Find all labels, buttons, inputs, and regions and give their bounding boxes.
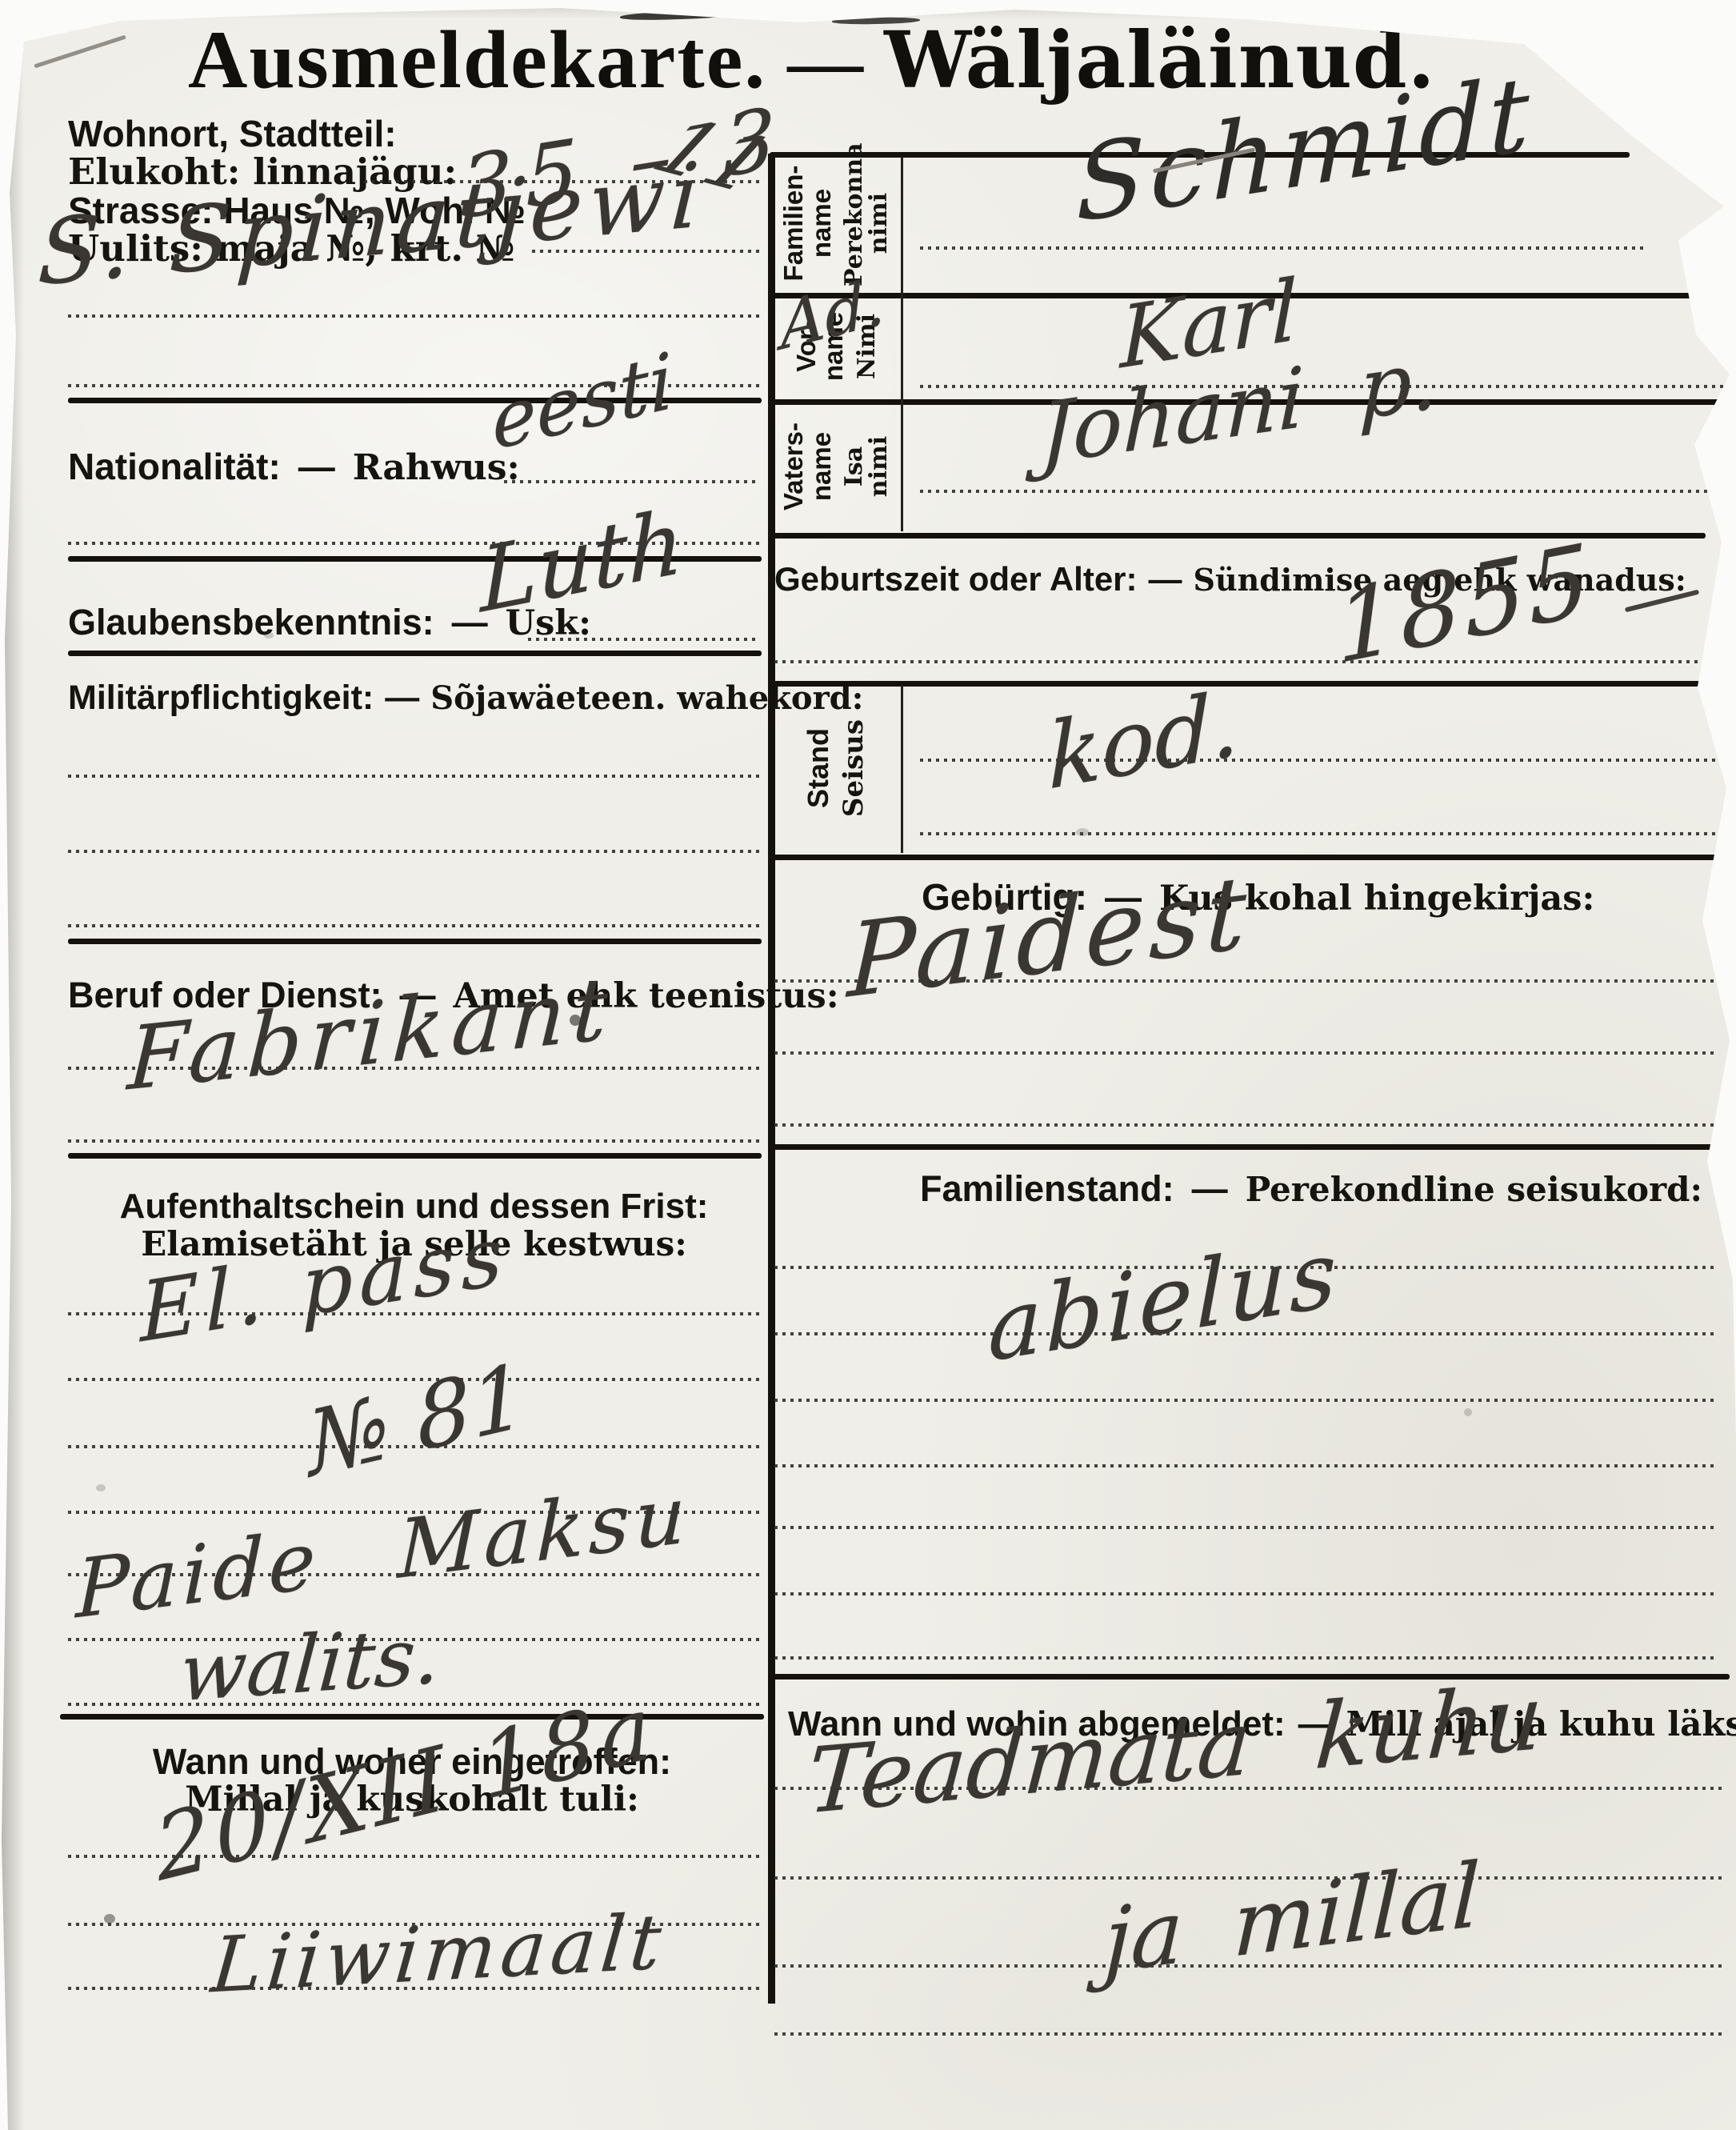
handwritten-permit-line2: № 81: [303, 1343, 530, 1497]
section-rule: [60, 1714, 764, 1720]
label-dash: —: [1192, 1168, 1228, 1209]
section-rule: [68, 1153, 762, 1159]
dotted-writing-line: [774, 660, 1718, 663]
paper-speck: [264, 632, 274, 639]
section-rule: [770, 1144, 1726, 1150]
handwritten-departure-line2: ja millal: [1102, 1844, 1482, 1993]
dotted-writing-line: [774, 1526, 1718, 1529]
label-status: Stand Seisus: [772, 683, 900, 853]
dotted-writing-line: [774, 1399, 1718, 1402]
dotted-writing-line: [774, 1592, 1718, 1595]
card-title-dash: —: [787, 18, 863, 106]
card-title: Ausmeldekarte. — Wäljaläinud.: [188, 13, 1436, 107]
handwritten-permit-line3: Paide Maksu: [75, 1467, 691, 1636]
label-nationality: Nationalität:—Rahwus:: [68, 445, 520, 488]
label-separator-line: [901, 685, 903, 853]
dotted-writing-line: [920, 759, 1720, 762]
handwritten-permit-line4: walits.: [177, 1610, 443, 1720]
paper-speck: [96, 1484, 106, 1491]
dotted-writing-line: [528, 638, 760, 641]
section-rule: [770, 681, 1714, 687]
label-wohnort-german: Wohnort, Stadtteil:: [68, 112, 397, 155]
paper-speck: [1076, 828, 1089, 836]
dotted-writing-line: [920, 832, 1720, 835]
section-rule: [770, 1674, 1730, 1680]
dotted-writing-line: [774, 1051, 1718, 1055]
dotted-writing-line: [504, 480, 760, 483]
card-paper: Ausmeldekarte. — Wäljaläinud. Wohnort, S…: [0, 0, 1736, 2130]
label-dash: —: [1149, 560, 1182, 598]
scan-smudge: [1252, 11, 1308, 22]
scanned-registration-card: Ausmeldekarte. — Wäljaläinud. Wohnort, S…: [0, 0, 1736, 2130]
section-rule: [68, 939, 762, 944]
handwritten-origin-place: Paidest: [846, 852, 1252, 1021]
scan-smudge: [759, 3, 809, 22]
label-father-name-german: Vaters-name: [780, 413, 835, 520]
dotted-writing-line: [68, 314, 760, 318]
dotted-writing-line: [68, 924, 760, 927]
label-father-name: Vaters-name Isa nimi: [772, 400, 900, 533]
handwritten-religion: Luth: [479, 490, 684, 633]
label-status-german: Stand: [803, 728, 833, 808]
paper-edge-shadow-left: [0, 0, 24, 2130]
label-marital-estonian: Perekondline seisukord:: [1246, 1170, 1702, 1209]
label-dash: —: [298, 446, 335, 487]
ink-speck: [570, 1015, 581, 1026]
dotted-writing-line: [774, 1656, 1718, 1660]
dotted-writing-line: [774, 1464, 1718, 1467]
dotted-writing-line: [774, 2032, 1722, 2036]
handwritten-arrival-place: Liiwimaalt: [208, 1898, 669, 2010]
label-father-name-estonian: Isa nimi: [842, 434, 892, 499]
label-military: Militärpflichtigkeit:—Sõjawäeteen. wahek…: [68, 679, 863, 718]
label-dash: —: [385, 679, 419, 717]
fold-shadow: [34, 35, 126, 69]
dotted-writing-line: [68, 775, 760, 778]
handwritten-marital-status: abielus: [988, 1219, 1339, 1383]
dotted-writing-line: [920, 246, 1648, 250]
dotted-writing-line: [774, 1123, 1718, 1127]
dotted-writing-line: [920, 490, 1724, 493]
label-separator-line: [901, 157, 903, 531]
label-religion-german: Glaubensbekenntnis:: [68, 602, 434, 643]
card-title-german: Ausmeldekarte.: [188, 13, 766, 107]
paper-speck: [1464, 1408, 1472, 1416]
dotted-writing-line: [68, 850, 760, 853]
handwritten-status: kod.: [1047, 671, 1240, 811]
dotted-writing-line: [68, 1139, 760, 1143]
handwritten-nationality: eesti: [490, 335, 675, 468]
label-status-estonian: Seisus: [840, 719, 869, 817]
section-rule: [68, 651, 762, 656]
label-marital-german: Familienstand:: [920, 1168, 1174, 1209]
label-marital: Familienstand:—Perekondline seisukord:: [920, 1168, 1702, 1210]
label-military-german: Militärpflichtigkeit:: [68, 679, 374, 717]
label-birth-german: Geburtszeit oder Alter:: [774, 560, 1138, 598]
paper-speck: [104, 1914, 115, 1924]
label-permit-german: Aufenthaltschein und dessen Frist:: [68, 1187, 760, 1227]
label-nationality-german: Nationalität:: [68, 446, 281, 487]
handwritten-departure-line1: Teadmata kuhu: [804, 1665, 1546, 1835]
